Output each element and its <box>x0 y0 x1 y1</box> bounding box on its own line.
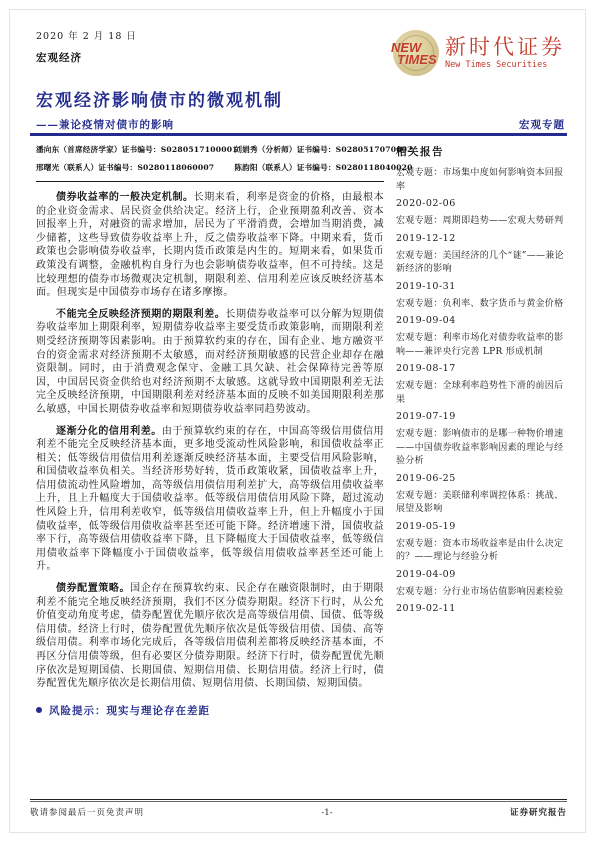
related-report-title[interactable]: 宏观专题：影响债市的是哪一种物价增速——中国债券收益率影响因素的理论与经验分析 <box>396 428 566 469</box>
main-column: 潘向东（首席经济学家）证书编号：S0280517100001 刘娟秀（分析师）证… <box>36 144 384 796</box>
related-report-title[interactable]: 宏观专题：全球利率趋势性下滑的前因后果 <box>396 380 566 407</box>
analyst-credential: 邢曙光（联系人）证书编号：S0280118060007 <box>36 162 234 173</box>
paragraph: 不能完全反映经济预期的期限利差。长期债券收益率可以分解为短期债券收益率加上期限利… <box>36 308 384 417</box>
related-report-date: 2019-09-04 <box>396 315 566 326</box>
page-title: 宏观经济影响债市的微观机制 <box>36 86 565 111</box>
paragraph-text: 长期债券收益率可以分解为短期债券收益率加上期限利率，短期债券收益率主要受货币政策… <box>36 309 384 415</box>
related-report-item: 宏观专题：分行业市场估值影响因素检验 2019-02-11 <box>396 586 566 615</box>
risk-warning: 风险提示：现实与理论存在差距 <box>36 703 384 718</box>
logo-word-new: NEW <box>391 41 421 54</box>
disclaimer-note: 敬请参阅最后一页免责声明 <box>30 806 144 818</box>
related-report-date: 2020-02-06 <box>396 198 566 209</box>
related-report-title[interactable]: 宏观专题：利率市场化对债券收益率的影响——兼评央行完善 LPR 形成机制 <box>396 332 566 359</box>
related-report-date: 2019-05-19 <box>396 521 566 532</box>
report-subtitle: ——兼论疫情对债市的影响 <box>36 117 174 132</box>
related-report-title[interactable]: 宏观专题：负利率、数字货币与黄金价格 <box>396 298 566 312</box>
sidebar-heading: 相关报告 <box>396 144 566 159</box>
paragraph: 债券配置策略。国企存在预算软约束、民企存在融资限制时，由于期限利差不能完全地反映… <box>36 582 384 691</box>
related-report-item: 宏观专题：影响债市的是哪一种物价增速——中国债券收益率影响因素的理论与经验分析 … <box>396 428 566 484</box>
related-report-item: 宏观专题：美联储利率调控体系：挑战、展望及影响 2019-05-19 <box>396 490 566 532</box>
page-footer: 敬请参阅最后一页免责声明 -1- 证券研究报告 <box>30 799 567 818</box>
related-report-title[interactable]: 宏观专题：周期即趋势——宏观大势研判 <box>396 215 566 229</box>
report-category: 宏观经济 <box>36 50 137 65</box>
subtitle-row: ——兼论疫情对债市的影响 宏观专题 <box>36 117 565 132</box>
analyst-credential: 刘娟秀（分析师）证书编号：S0280517070002 <box>234 144 384 155</box>
related-report-date: 2019-10-31 <box>396 281 566 292</box>
risk-warning-text: 风险提示：现实与理论存在差距 <box>49 703 210 718</box>
report-page: 2020 年 2 月 18 日 宏观经济 NEW TIMES 新时代证券 New… <box>0 0 595 842</box>
related-report-item: 宏观专题：全球利率趋势性下滑的前因后果 2019-07-19 <box>396 380 566 422</box>
paragraph-lead: 债券收益率的一般决定机制。 <box>56 192 194 203</box>
related-report-title[interactable]: 宏观专题：资本市场收益率是由什么决定的？——理论与经验分析 <box>396 538 566 565</box>
logo-text: 新时代证券 New Times Securities <box>445 36 565 70</box>
paragraph-text: 国企存在预算软约束、民企存在融资限制时，由于期限利差不能完全地反映经济预期，我们… <box>36 583 384 689</box>
related-report-title[interactable]: 宏观专题：市场集中度如何影响资本回报率 <box>396 167 566 194</box>
related-report-title[interactable]: 宏观专题：美联储利率调控体系：挑战、展望及影响 <box>396 490 566 517</box>
header-left: 2020 年 2 月 18 日 宏观经济 <box>36 28 137 65</box>
related-report-date: 2019-04-09 <box>396 569 566 580</box>
related-reports-sidebar: 相关报告 宏观专题：市场集中度如何影响资本回报率 2020-02-06 宏观专题… <box>396 144 566 796</box>
logo-word-times: TIMES <box>397 53 437 66</box>
related-report-item: 宏观专题：资本市场收益率是由什么决定的？——理论与经验分析 2019-04-09 <box>396 538 566 580</box>
related-report-date: 2019-07-19 <box>396 411 566 422</box>
paragraph: 逐渐分化的信用利差。由于预算软约束的存在，中国高等级信用债信用利差不能完全反映经… <box>36 425 384 575</box>
page-header: 2020 年 2 月 18 日 宏观经济 NEW TIMES 新时代证券 New… <box>36 28 565 76</box>
related-report-item: 宏观专题：负利率、数字货币与黄金价格 2019-09-04 <box>396 298 566 327</box>
related-report-date: 2019-02-11 <box>396 603 566 614</box>
page-number: -1- <box>321 808 332 818</box>
paragraph-lead: 债券配置策略。 <box>56 583 130 594</box>
company-logo: NEW TIMES 新时代证券 New Times Securities <box>393 30 565 76</box>
title-divider <box>30 133 567 136</box>
analyst-block: 潘向东（首席经济学家）证书编号：S0280517100001 刘娟秀（分析师）证… <box>36 144 384 182</box>
related-report-item: 宏观专题：利率市场化对债券收益率的影响——兼评央行完善 LPR 形成机制 201… <box>396 332 566 374</box>
bullet-icon <box>36 707 42 713</box>
paragraph-text: 由于预算软约束的存在，中国高等级信用债信用利差不能完全反映经济基本面，更多地受流… <box>36 426 384 573</box>
footer-row: 敬请参阅最后一页免责声明 -1- 证券研究报告 <box>30 806 567 818</box>
report-type-label: 证券研究报告 <box>510 806 567 818</box>
related-report-title[interactable]: 宏观专题：美国经济的几个“谜”——兼论新经济的影响 <box>396 250 566 277</box>
analyst-credential: 潘向东（首席经济学家）证书编号：S0280517100001 <box>36 144 234 155</box>
company-name-cn: 新时代证券 <box>445 36 565 59</box>
paragraph-text: 长期来看，利率是资金的价格，由最根本的企业资金需求、居民资金供给决定。经济上行，… <box>36 192 384 298</box>
analyst-credential: 陈韵阳（联系人）证书编号：S0280118040020 <box>234 162 384 173</box>
related-report-item: 宏观专题：市场集中度如何影响资本回报率 2020-02-06 <box>396 167 566 209</box>
related-report-date: 2019-12-12 <box>396 233 566 244</box>
related-report-date: 2019-06-25 <box>396 473 566 484</box>
related-report-date: 2019-08-17 <box>396 363 566 374</box>
paragraph-lead: 不能完全反映经济预期的期限利差。 <box>56 309 225 320</box>
company-name-en: New Times Securities <box>445 60 565 70</box>
related-report-item: 宏观专题：美国经济的几个“谜”——兼论新经济的影响 2019-10-31 <box>396 250 566 292</box>
report-date: 2020 年 2 月 18 日 <box>36 28 137 42</box>
related-report-title[interactable]: 宏观专题：分行业市场估值影响因素检验 <box>396 586 566 600</box>
paragraph: 债券收益率的一般决定机制。长期来看，利率是资金的价格，由最根本的企业资金需求、居… <box>36 191 384 300</box>
logo-medallion-icon: NEW TIMES <box>393 30 439 76</box>
footer-divider <box>30 799 567 802</box>
content-columns: 潘向东（首席经济学家）证书编号：S0280517100001 刘娟秀（分析师）证… <box>36 144 566 796</box>
related-report-item: 宏观专题：周期即趋势——宏观大势研判 2019-12-12 <box>396 215 566 244</box>
topic-tag: 宏观专题 <box>519 117 565 132</box>
paragraph-lead: 逐渐分化的信用利差。 <box>56 426 162 437</box>
abstract-body: 债券收益率的一般决定机制。长期来看，利率是资金的价格，由最根本的企业资金需求、居… <box>36 191 384 691</box>
